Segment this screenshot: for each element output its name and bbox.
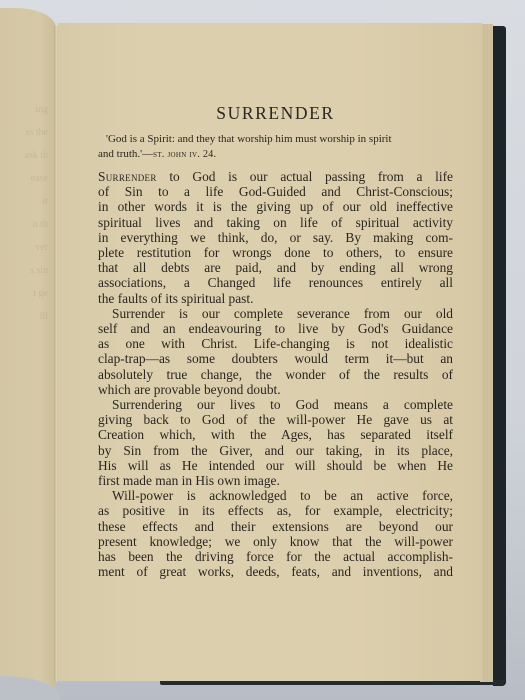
text-line: associations, a Changed life renounces e… [98, 275, 453, 290]
text-line: as positive in its effects as, for examp… [98, 503, 453, 518]
bleed-line: ill [4, 305, 48, 328]
text-line: Surrendering our lives to God means a co… [98, 397, 453, 412]
text-line: these effects and their extensions are b… [98, 519, 453, 534]
right-page: SURRENDER 'God is a Spirit: and they tha… [58, 23, 482, 681]
epigraph-citation: st. john iv. 24. [153, 149, 216, 160]
text-line: of Sin to a life God-Guided and Christ-C… [98, 184, 453, 199]
epigraph-line: and truth.'— [98, 148, 153, 160]
paragraph: Will-power is acknowledged to be an acti… [98, 488, 453, 579]
paragraph: Surrender to God is our actual passing f… [98, 169, 453, 306]
text-line: Creation which, with the Ages, has separ… [98, 427, 453, 442]
text-line: the faults of its spiritual past. [98, 291, 453, 306]
bleed-line: t ge [4, 282, 48, 305]
epigraph-line: 'God is a Spirit: and they that worship … [98, 132, 453, 147]
text-line: first made man in His own image. [98, 473, 453, 488]
text-line: by Sin from the Giver, and our taking, i… [98, 443, 453, 458]
book-cover-edge [493, 26, 506, 686]
paragraph: Surrender is our complete severance from… [98, 306, 453, 397]
text-line: Surrender to God is our actual passing f… [98, 169, 453, 184]
bleed-line: ease [4, 167, 48, 190]
bleed-line: n th [4, 213, 48, 236]
text-line: absolutely true change, the wonder of th… [98, 367, 453, 382]
epigraph: 'God is a Spirit: and they that worship … [98, 132, 453, 162]
text-line: as one with Christ. Life-changing is not… [98, 336, 453, 351]
text-line: Surrender is our complete severance from… [98, 306, 453, 321]
bleed-line: ver [4, 236, 48, 259]
text-line: His will as He intended our will should … [98, 458, 453, 473]
paragraph: Surrendering our lives to God means a co… [98, 397, 453, 488]
text-line: ment of great works, deeds, feats, and i… [98, 564, 453, 579]
bleed-line: ask th [4, 144, 48, 167]
text-line: present knowledge; we only know that the… [98, 534, 453, 549]
text-line: clap-trap—as some doubters would term it… [98, 351, 453, 366]
left-page-bleed-through: ing ss the ask th ease it n th ver s sin… [4, 98, 48, 328]
text-span: to God is our actual passing from a life [157, 169, 453, 184]
bleed-line: ing [4, 98, 48, 121]
lead-word: Surrender [98, 169, 157, 184]
text-line: which are provable beyond doubt. [98, 382, 453, 397]
text-line: spiritual lives and taking on life of sp… [98, 215, 453, 230]
bleed-line: it [4, 190, 48, 213]
chapter-title: SURRENDER [98, 103, 453, 124]
text-line: has been the driving force for the actua… [98, 549, 453, 564]
book-photo: ing ss the ask th ease it n th ver s sin… [0, 0, 525, 700]
bleed-line: s sin [4, 259, 48, 282]
text-line: self and an endeavouring to live by God'… [98, 321, 453, 336]
text-line: that all debts are paid, and by ending a… [98, 260, 453, 275]
bleed-line: ss the [4, 121, 48, 144]
left-page: ing ss the ask th ease it n th ver s sin… [0, 8, 56, 700]
page-text: SURRENDER 'God is a Spirit: and they tha… [98, 103, 453, 579]
text-line: in everything we think, do, or say. By m… [98, 230, 453, 245]
text-line: plete restitution for wrongs done to oth… [98, 245, 453, 260]
text-line: Will-power is acknowledged to be an acti… [98, 488, 453, 503]
text-line: giving back to God of the will-power He … [98, 412, 453, 427]
text-line: in other words it is the giving up of ou… [98, 199, 453, 214]
